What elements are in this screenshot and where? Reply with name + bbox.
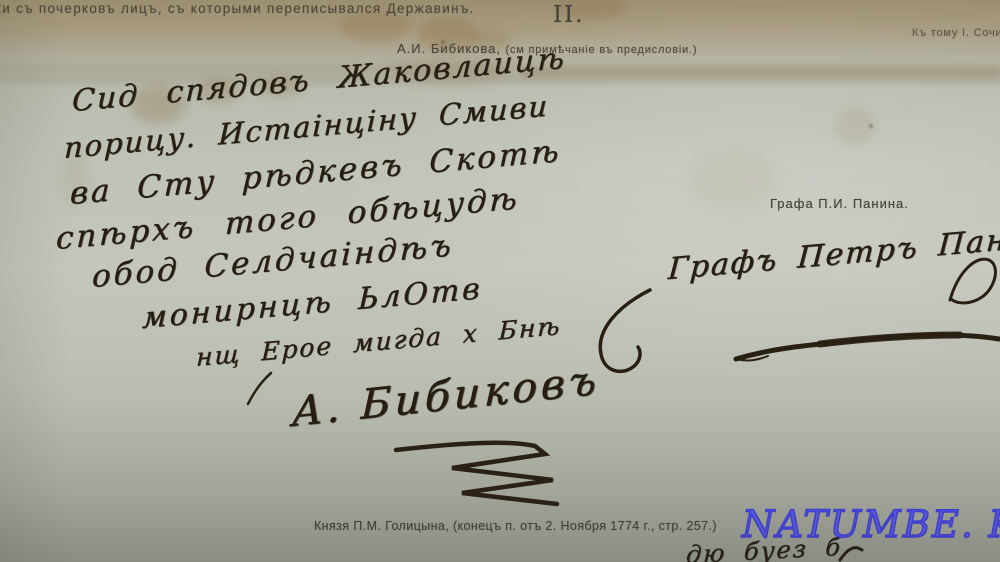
book-page-photo: ки съ почерковъ лицъ, съ которыми перепи…: [0, 0, 1000, 562]
foxing-stain: [340, 12, 410, 42]
golitsyn-caption: Князя П.М. Голицына, (конецъ п. отъ 2. Н…: [314, 519, 717, 533]
descender-stroke: [248, 373, 271, 404]
panin-caption: Графа П.И. Панина.: [770, 196, 909, 211]
ink-speck: [869, 124, 873, 128]
plate-number: II.: [553, 2, 584, 28]
foxing-stain: [835, 108, 875, 144]
bibikov-signature: А. Бибиковъ: [291, 355, 600, 436]
watermark-text: NATUMBE. KZ: [742, 503, 1000, 546]
volume-reference: Къ тому I. Сочинен: [912, 27, 1000, 39]
panin-underline-thick: [820, 335, 960, 344]
page-title: ки съ почерковъ лицъ, съ которыми перепи…: [0, 1, 475, 16]
foxing-stain: [690, 150, 780, 210]
foxing-stain-band: [520, 67, 1000, 79]
bottom-fragment-stroke: [840, 548, 862, 560]
panin-underline: [736, 335, 999, 359]
bibikov-paraph-stroke: [396, 443, 557, 504]
panin-end-loop: [950, 259, 995, 303]
panin-underline-hook: [736, 356, 768, 360]
panin-signature: Графъ Петръ Панинъ: [667, 216, 1000, 287]
panin-left-flourish: [600, 290, 650, 371]
